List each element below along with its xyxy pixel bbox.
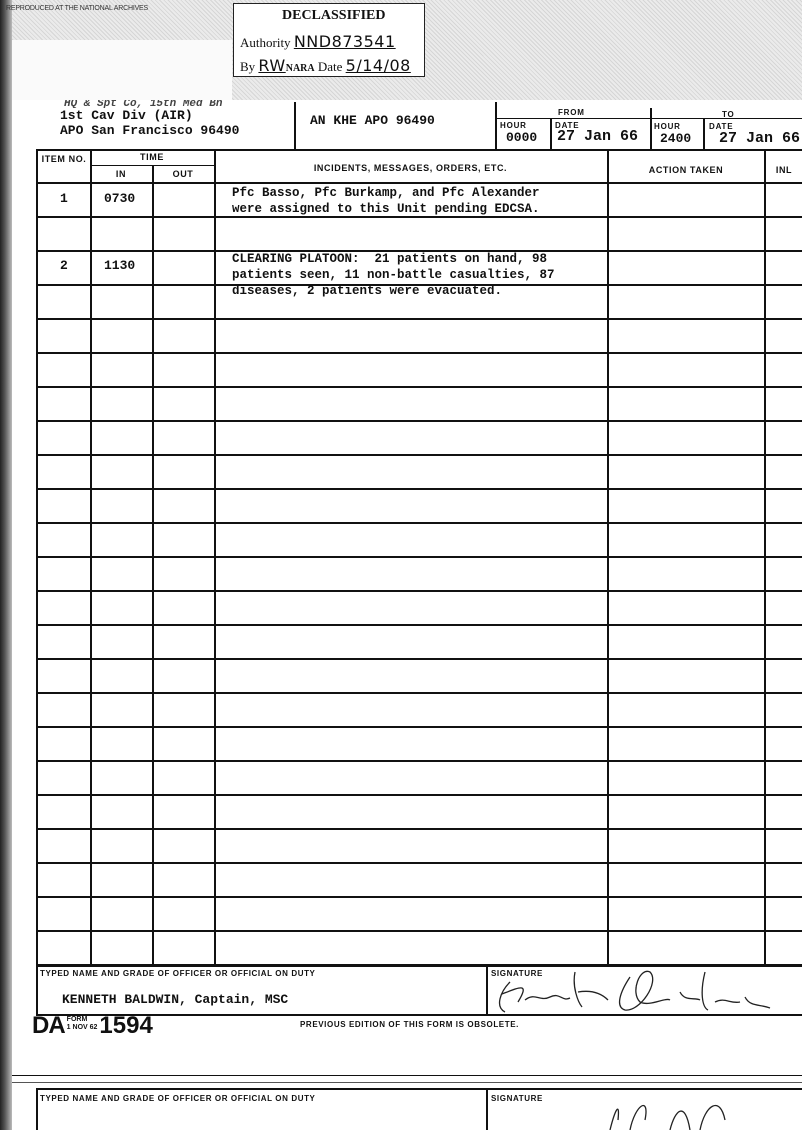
entry-1-item: 1 xyxy=(60,191,68,206)
footer-left xyxy=(36,965,38,1015)
scan-edge-shadow xyxy=(0,0,12,1130)
from-label: FROM xyxy=(558,108,585,117)
obsolete-note: PREVIOUS EDITION OF THIS FORM IS OBSOLET… xyxy=(300,1020,519,1029)
date-value: 5/14/08 xyxy=(346,56,411,75)
row-line xyxy=(36,590,802,592)
row-line xyxy=(36,794,802,796)
row-line xyxy=(36,488,802,490)
date-label: Date xyxy=(318,59,343,74)
entry-line: diseases, 2 patients were evacuated. xyxy=(232,283,555,299)
row-line xyxy=(36,624,802,626)
row-line xyxy=(36,318,802,320)
to-hour: 2400 xyxy=(660,131,691,146)
divider xyxy=(90,165,214,166)
header-item-no: ITEM NO. xyxy=(37,154,91,164)
officer-name: KENNETH BALDWIN, Captain, MSC xyxy=(62,992,288,1007)
row-line xyxy=(36,930,802,932)
by-initials: RW xyxy=(258,56,285,75)
officer-label-2: TYPED NAME AND GRADE OF OFFICER OR OFFIC… xyxy=(40,1094,316,1103)
authority-value: NND873541 xyxy=(294,32,396,51)
row-line xyxy=(36,726,802,728)
authority-label: Authority xyxy=(240,35,291,50)
divider xyxy=(495,102,497,150)
unit-line-1: 1st Cav Div (AIR) xyxy=(60,108,239,123)
divider xyxy=(495,118,802,119)
col-divider xyxy=(152,166,154,967)
row-line xyxy=(36,896,802,898)
from-hour-label: HOUR xyxy=(500,121,527,130)
nara-label: NARA xyxy=(286,63,315,74)
location: AN KHE APO 96490 xyxy=(310,113,435,128)
col-divider xyxy=(214,149,216,967)
unit-line-2: APO San Francisco 96490 xyxy=(60,123,239,138)
entry-line: Pfc Basso, Pfc Burkamp, and Pfc Alexande… xyxy=(232,185,540,201)
archive-note: REPRODUCED AT THE NATIONAL ARCHIVES xyxy=(6,5,148,12)
entry-line: CLEARING PLATOON: 21 patients on hand, 9… xyxy=(232,251,555,267)
da-form-1594 xyxy=(12,100,802,1030)
entry-line: were assigned to this Unit pending EDCSA… xyxy=(232,201,540,217)
col-divider xyxy=(90,149,92,967)
row-line xyxy=(36,828,802,830)
footer2-left xyxy=(36,1088,38,1130)
divider xyxy=(550,118,552,150)
table-left xyxy=(36,149,38,967)
unit-line-0: HQ & Spt Co, 15th Med Bn xyxy=(64,100,239,108)
header-action: ACTION TAKEN xyxy=(607,165,765,175)
col-divider xyxy=(607,149,609,967)
signature-fragment-icon xyxy=(590,1090,750,1130)
stamp-title: DECLASSIFIED xyxy=(282,8,385,24)
row-line xyxy=(36,182,802,184)
entry-2-item: 2 xyxy=(60,258,68,273)
row-line xyxy=(36,420,802,422)
scan-highlight xyxy=(12,40,232,100)
header-time: TIME xyxy=(90,152,214,162)
stamp-authority-line: Authority NND873541 xyxy=(240,32,396,51)
row-line xyxy=(36,760,802,762)
page-edge xyxy=(12,1082,802,1083)
to-date: 27 Jan 66 xyxy=(719,130,800,147)
divider xyxy=(650,108,652,150)
to-hour-label: HOUR xyxy=(654,122,681,131)
row-line xyxy=(36,692,802,694)
form-da: DA xyxy=(32,1012,65,1039)
entry-line: patients seen, 11 non-battle casualties,… xyxy=(232,267,555,283)
row-line xyxy=(36,386,802,388)
declassified-stamp: DECLASSIFIED Authority NND873541 By RWNA… xyxy=(233,3,425,77)
col-divider xyxy=(764,149,766,967)
header-in: IN xyxy=(90,169,152,179)
page-edge xyxy=(12,1075,802,1076)
entry-1-text: Pfc Basso, Pfc Burkamp, and Pfc Alexande… xyxy=(232,185,540,217)
signature-icon xyxy=(490,962,780,1022)
row-line xyxy=(36,522,802,524)
from-hour: 0000 xyxy=(506,130,537,145)
header-out: OUT xyxy=(152,169,214,179)
row-line xyxy=(36,352,802,354)
entry-2-time-in: 1130 xyxy=(104,258,135,273)
footer2-divider xyxy=(486,1088,488,1130)
entry-1-time-in: 0730 xyxy=(104,191,135,206)
row-line xyxy=(36,454,802,456)
from-date: 27 Jan 66 xyxy=(557,128,638,145)
form-small-1: FORM xyxy=(67,1016,88,1023)
unit-block: HQ & Spt Co, 15th Med Bn 1st Cav Div (AI… xyxy=(60,100,239,138)
row-line xyxy=(36,556,802,558)
header-incidents: INCIDENTS, MESSAGES, ORDERS, ETC. xyxy=(214,163,607,173)
row-line xyxy=(36,658,802,660)
table-top xyxy=(36,149,802,151)
officer-label: TYPED NAME AND GRADE OF OFFICER OR OFFIC… xyxy=(40,969,316,978)
entry-2-text: CLEARING PLATOON: 21 patients on hand, 9… xyxy=(232,251,555,299)
form-number: DAFORM1 NOV 621594 xyxy=(32,1012,153,1040)
form-num: 1594 xyxy=(99,1012,152,1039)
footer-divider xyxy=(486,965,488,1015)
divider xyxy=(703,118,705,150)
signature-label-2: SIGNATURE xyxy=(491,1094,543,1103)
by-label: By xyxy=(240,59,255,74)
to-label: TO xyxy=(722,110,735,119)
row-line xyxy=(36,862,802,864)
form-edition: FORM1 NOV 62 xyxy=(67,1016,98,1032)
stamp-by-line: By RWNARA Date 5/14/08 xyxy=(240,56,411,75)
divider xyxy=(294,102,296,150)
header-inl: INL xyxy=(764,165,802,175)
form-small-2: 1 NOV 62 xyxy=(67,1024,98,1031)
